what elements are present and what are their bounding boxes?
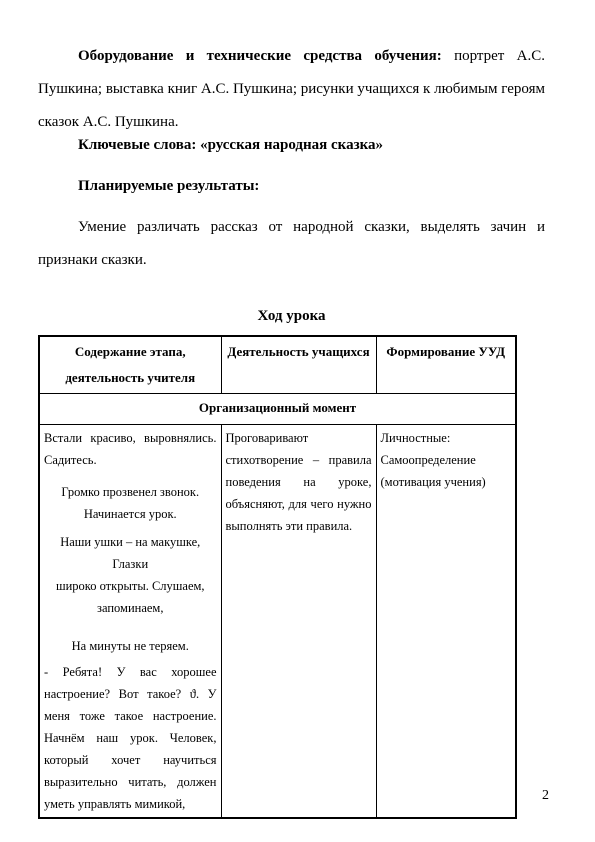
students-paragraph-1: Проговаривают стихотворение – правила по… bbox=[226, 427, 372, 537]
lesson-table: Содержание этапа, деятельность учителя Д… bbox=[38, 335, 517, 819]
uud-paragraph-1: Личностные: bbox=[381, 427, 512, 449]
teacher-activity-cell: Встали красиво, выровнялись. Садитесь. Г… bbox=[39, 425, 221, 819]
header-stage-content-line2: деятельность учителя bbox=[44, 365, 217, 391]
document-page: Оборудование и технические средства обуч… bbox=[0, 0, 595, 842]
teacher-paragraph-5: - Ребята! У вас хорошее настроение? Вот … bbox=[44, 661, 217, 815]
teacher-paragraph-1: Встали красиво, выровнялись. Садитесь. bbox=[44, 427, 217, 471]
keywords-paragraph: Ключевые слова: «русская народная сказка… bbox=[38, 129, 545, 162]
uud-cell: Личностные: Самоопределение (мотивация у… bbox=[376, 425, 516, 819]
equipment-paragraph: Оборудование и технические средства обуч… bbox=[38, 40, 545, 139]
section-title: Организационный момент bbox=[39, 394, 516, 425]
uud-paragraph-2: Самоопределение (мотивация учения) bbox=[381, 449, 512, 493]
student-activity-cell: Проговаривают стихотворение – правила по… bbox=[221, 425, 376, 819]
body-row: Встали красиво, выровнялись. Садитесь. Г… bbox=[39, 425, 516, 819]
equipment-label: Оборудование и технические средства обуч… bbox=[78, 48, 442, 64]
header-uud-formation: Формирование УУД bbox=[376, 336, 516, 394]
table-header-row: Содержание этапа, деятельность учителя Д… bbox=[39, 336, 516, 394]
header-stage-content: Содержание этапа, деятельность учителя bbox=[39, 336, 221, 394]
teacher-paragraph-3-line3: запоминаем, bbox=[44, 597, 217, 619]
teacher-paragraph-2-line2: Начинается урок. bbox=[44, 503, 217, 525]
teacher-paragraph-3-line2: широко открыты. Слушаем, bbox=[44, 575, 217, 597]
planned-results-text: Умение различать рассказ от народной ска… bbox=[38, 211, 545, 277]
teacher-paragraph-2-line1: Громко прозвенел звонок. bbox=[44, 481, 217, 503]
teacher-paragraph-4: На минуты не теряем. bbox=[44, 635, 217, 657]
section-row: Организационный момент bbox=[39, 394, 516, 425]
page-number: 2 bbox=[542, 788, 549, 804]
header-student-activity: Деятельность учащихся bbox=[221, 336, 376, 394]
header-stage-content-line1: Содержание этапа, bbox=[44, 339, 217, 365]
teacher-paragraph-3-line1: Наши ушки – на макушке, Глазки bbox=[44, 531, 217, 575]
lesson-heading: Ход урока bbox=[38, 300, 545, 333]
planned-results-heading: Планируемые результаты: bbox=[38, 170, 545, 203]
